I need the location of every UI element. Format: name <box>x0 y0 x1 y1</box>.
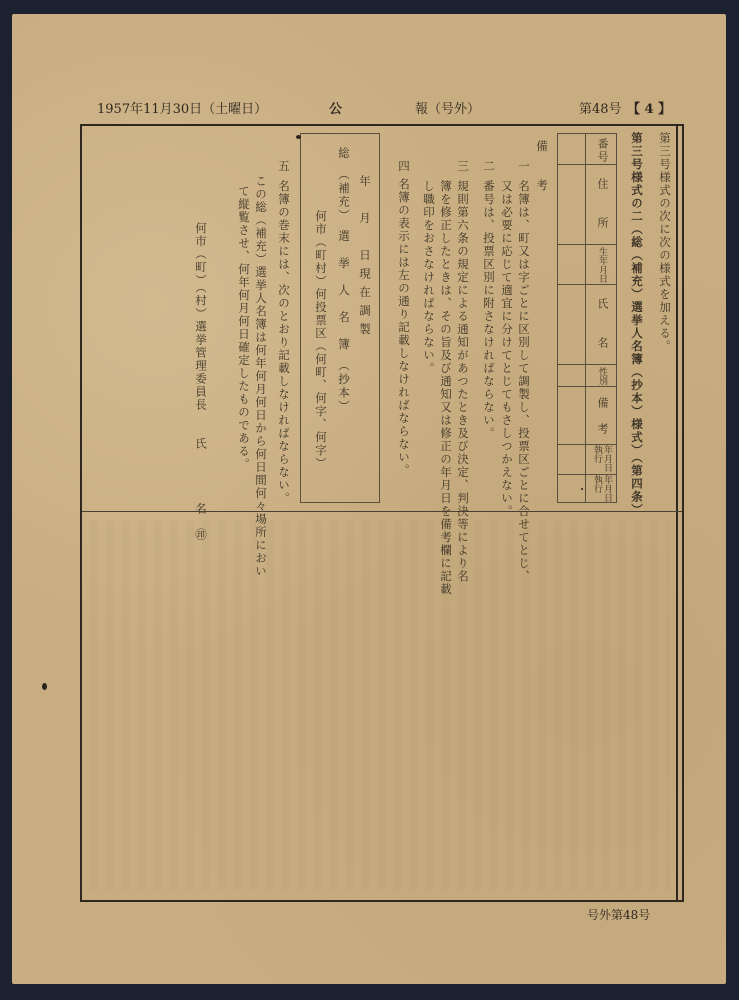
sample-cover-date: 年 月 日現在調製 <box>358 175 372 342</box>
header-title-suffix: 報（号外） <box>415 98 480 117</box>
note-5-number: 五 <box>277 160 291 173</box>
header-title: 公 <box>329 98 342 117</box>
note-3-continuation-2: し職印をおさなければならない。 <box>422 180 436 375</box>
ink-speck <box>42 683 47 690</box>
frame-divider <box>82 511 682 512</box>
note-4-number: 四 <box>397 160 411 173</box>
column-header-execution-date-2: 年月日 執行 <box>587 475 617 503</box>
column-header-address: 住 所 <box>587 166 617 242</box>
note-1-text: 名簿は、町又は字ごとに区別して調製し、投票区ごとに合せてとじ、 <box>517 180 531 583</box>
column-header-sex: 性別 <box>587 365 617 386</box>
column-header-number: 番号 <box>587 138 617 164</box>
bleed-through-area <box>90 520 670 890</box>
sample-cover-title: 総 （補充） 選 挙 人 名 簿 （抄本） <box>337 147 351 413</box>
note-2-number: 二 <box>482 160 496 173</box>
ink-speck <box>296 135 301 139</box>
note-5-body-line-2: て縦覧させ、何年何月何日確定したものである。 <box>237 185 251 471</box>
header-issue-number: 第48号 <box>579 98 622 117</box>
note-5-signature-line: 何市（町）（村）選挙管理委員長 氏 名 ㊞ <box>194 222 208 541</box>
sample-cover-area: 何市（町村）何投票区（何町、何字、何字） <box>314 210 328 470</box>
footer-issue-number: 号外第48号 <box>587 906 650 923</box>
note-2-text: 番号は、投票区別に附さなければならない。 <box>482 180 496 440</box>
page-header: 1957年11月30日（土曜日） 公 報（号外） 第48号 【 4 】 <box>97 98 687 118</box>
column-header-name: 氏 名 <box>587 286 617 362</box>
ink-speck <box>581 488 583 490</box>
column-header-birthdate: 生年月日 <box>587 246 617 284</box>
header-date: 1957年11月30日（土曜日） <box>97 98 267 117</box>
note-3-continuation: 簿を修正したときは、その旨及び通知又は修正の年月日を備考欄に記載 <box>439 180 453 596</box>
column-header-remarks: 備 考 <box>587 388 617 444</box>
intro-line-1: 第三号様式の次に次の様式を加える。 <box>658 132 672 353</box>
note-3-number: 三 <box>456 160 470 173</box>
intro-line-2: 第三号様式の二（総（補充）選挙人名簿（抄本）様式）（第四条） <box>630 132 644 516</box>
right-column-rule <box>676 124 678 902</box>
note-1-number: 一 <box>517 160 531 173</box>
column-header-execution-date-1: 年月日 執行 <box>587 445 617 474</box>
notes-heading: 備 考 <box>535 140 549 199</box>
header-page-number: 【 4 】 <box>627 98 671 117</box>
note-5-body-line-1: この総（補充）選挙人名簿は何年何月何日から何日間何々場所におい <box>254 175 268 578</box>
note-5-text: 名簿の巻末には、次のとおり記載しなければならない。 <box>277 180 291 505</box>
register-table: 番号 住 所 生年月日 氏 名 性別 備 考 年月日 執行 年月日 執行 <box>557 133 617 503</box>
note-1-continuation: 又は必要に応じて適宜に分けてとじてもさしつかえない。 <box>500 180 514 518</box>
note-4-text: 名簿の表示には左の通り記載しなければならない。 <box>397 178 411 477</box>
note-3-text: 規則第六条の規定による通知があつたとき及び決定、判決等により名 <box>456 180 470 583</box>
